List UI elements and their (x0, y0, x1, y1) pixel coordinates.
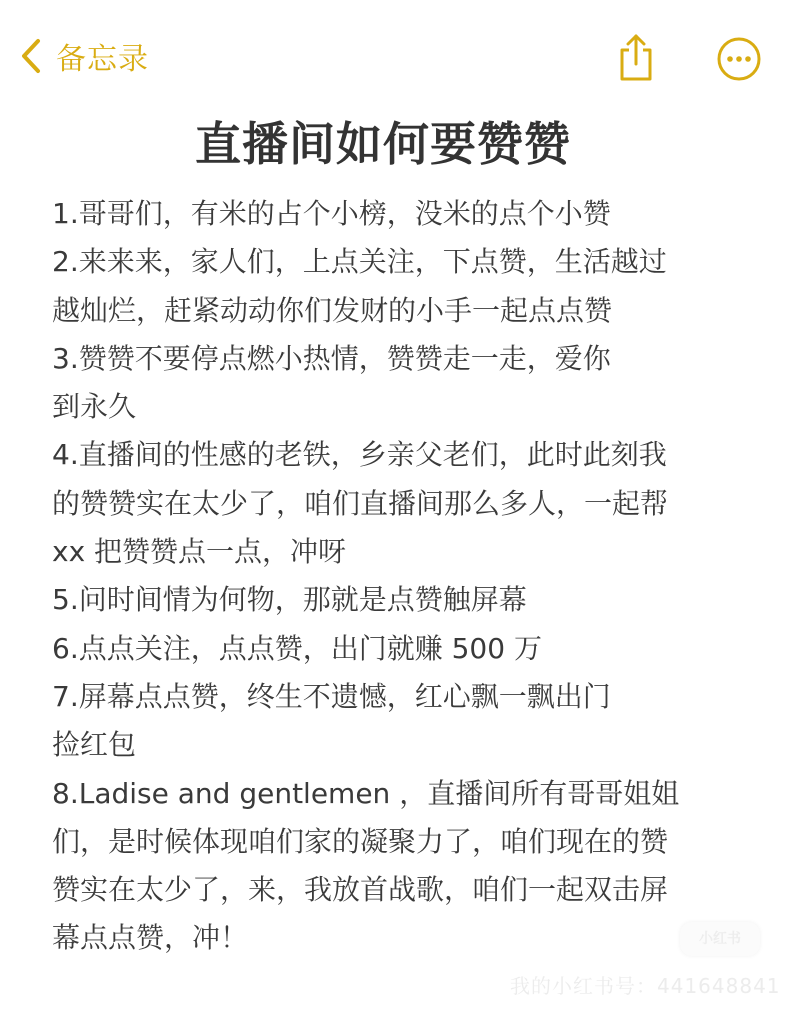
note-line: 们，是时候体现咱们家的凝聚力了，咱们现在的赞 (52, 818, 752, 866)
more-button[interactable] (716, 36, 762, 86)
note-line: 2.来来来，家人们，上点关注，下点赞，生活越过 (52, 238, 752, 286)
note-line: 幕点点赞，冲！ (52, 914, 752, 962)
note-line: 5.问时间情为何物，那就是点赞触屏幕 (52, 576, 752, 624)
note-line: 7.屏幕点点赞，终生不遗憾，红心飘一飘出门 (52, 673, 752, 721)
note-line: 4.直播间的性感的老铁，乡亲父老们，此时此刻我 (52, 431, 752, 479)
note-title: 直播间如何要赞赞 (0, 112, 766, 176)
note-line: 1.哥哥们，有米的占个小榜，没米的点个小赞 (52, 190, 752, 238)
note-body[interactable]: 1.哥哥们，有米的占个小榜，没米的点个小赞 2.来来来，家人们，上点关注，下点赞… (52, 190, 752, 963)
chevron-left-icon (20, 38, 42, 74)
back-label: 备忘录 (56, 34, 149, 78)
back-button[interactable]: 备忘录 (20, 34, 149, 78)
note-line: 到永久 (52, 383, 752, 431)
more-ellipsis-icon (716, 67, 762, 86)
note-line: 8.Ladise and gentlemen ，直播间所有哥哥姐姐 (52, 770, 752, 818)
navigation-bar: 备忘录 (0, 0, 800, 110)
note-line: 捡红包 (52, 721, 752, 769)
note-line: 赞实在太少了，来，我放首战歌，咱们一起双击屏 (52, 866, 752, 914)
watermark-id: 我的小红书号：441648841 (510, 970, 781, 999)
note-line: 3.赞赞不要停点燃小热情，赞赞走一走，爱你 (52, 335, 752, 383)
share-button[interactable] (616, 32, 656, 86)
watermark-logo: 小红书 (680, 922, 760, 956)
share-icon (616, 67, 656, 86)
note-line: 越灿烂，赶紧动动你们发财的小手一起点点赞 (52, 287, 752, 335)
note-line: 的赞赞实在太少了，咱们直播间那么多人，一起帮 (52, 480, 752, 528)
note-line: 6.点点关注，点点赞，出门就赚 500 万 (52, 625, 752, 673)
note-line: xx 把赞赞点一点，冲呀 (52, 528, 752, 576)
